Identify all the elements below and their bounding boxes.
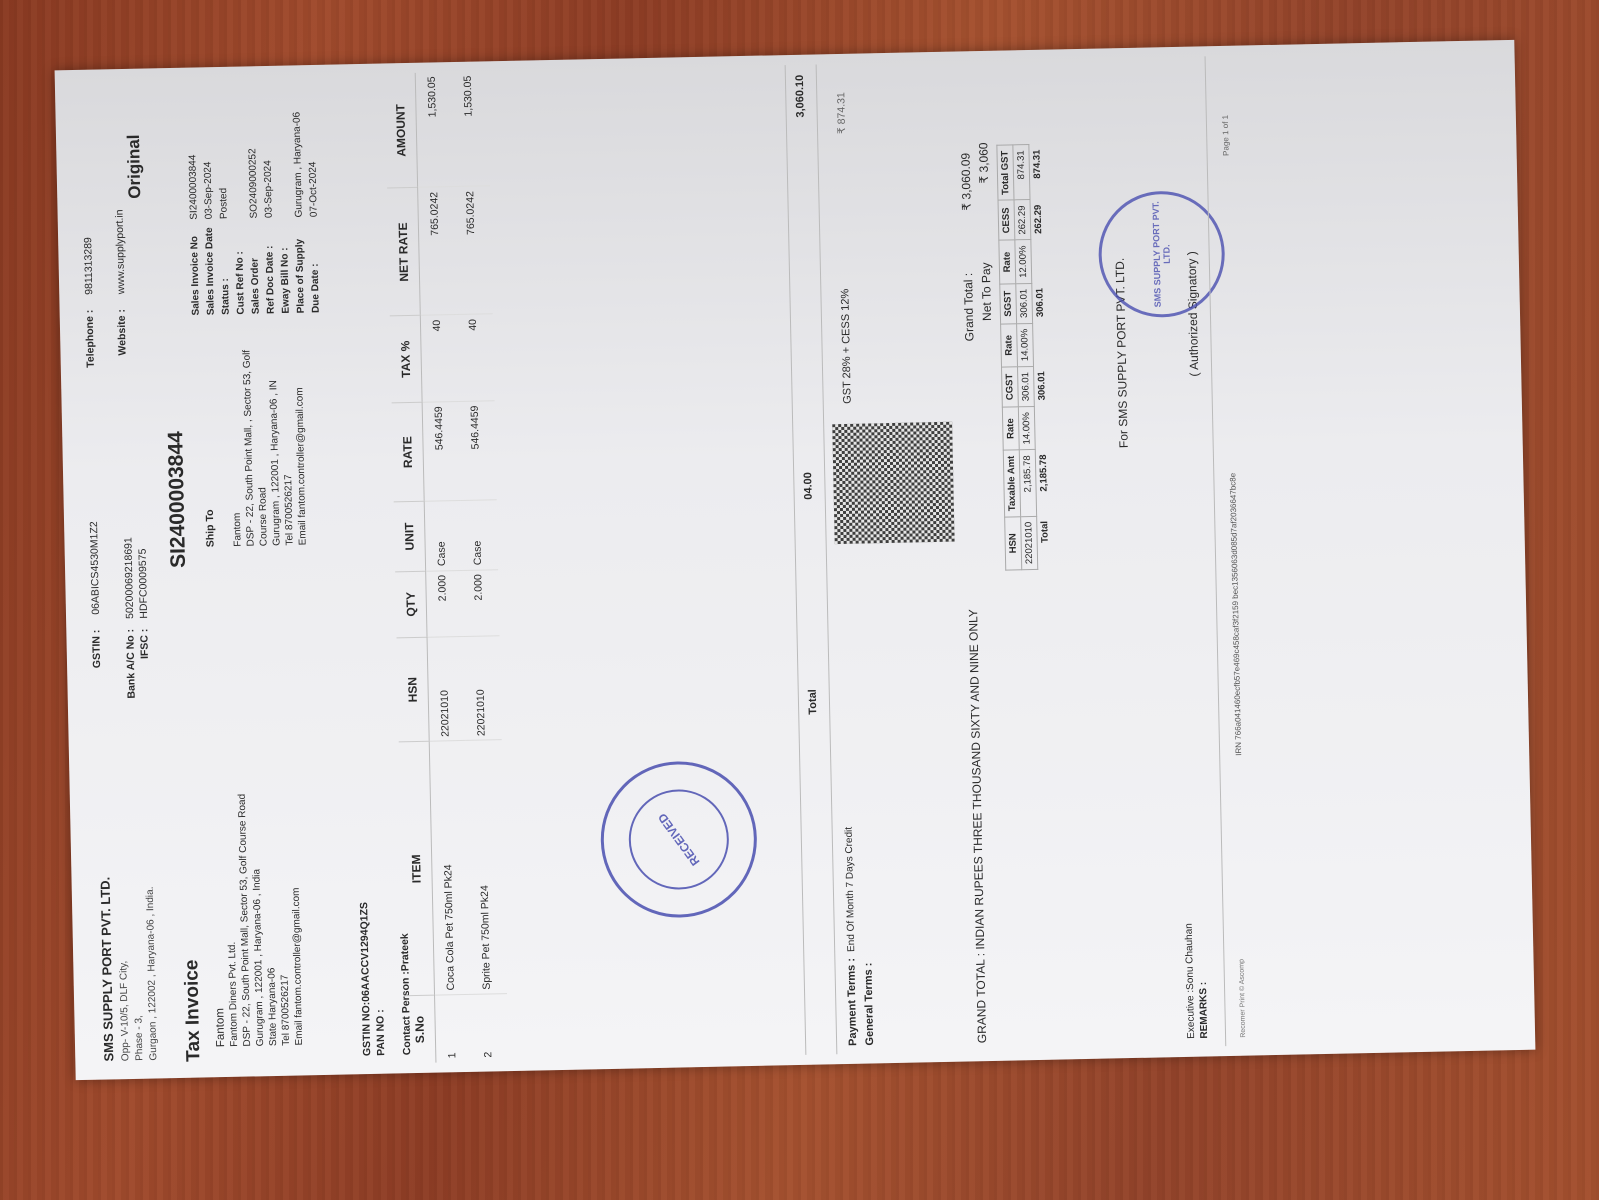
table-cell: Case xyxy=(424,501,462,571)
total-label: Total xyxy=(807,689,820,715)
seller-bank: Bank A/C No :50200069218691 IFSC :HDFC00… xyxy=(120,537,152,739)
seller-address: Opp- V-10/5, DLF City, Phase - 3, Gurgao… xyxy=(116,886,162,1061)
tax-total-cell: 306.01 xyxy=(1033,366,1049,406)
seller-address-line: Gurgaon , 122002 , Haryana-06 , India. xyxy=(144,886,162,1060)
gst-amount-note: ₹ 874.31 xyxy=(835,92,848,134)
general-terms-label: General Terms : xyxy=(862,962,876,1045)
grand-total-label: Grand Total : xyxy=(961,273,976,342)
tax-cell: 874.31 xyxy=(1013,145,1030,200)
meta-value: 07-Oct-2024 xyxy=(305,105,320,217)
meta-value: Posted xyxy=(215,107,230,219)
tax-header: Rate xyxy=(1002,407,1019,451)
payment-terms-value: End Of Month 7 Days Credit xyxy=(844,827,858,952)
executive-block: Executive :Sonu Chauhan REMARKS : xyxy=(1183,923,1211,1039)
tax-header: CGST xyxy=(1002,367,1019,407)
tax-header: CESS xyxy=(998,200,1015,240)
copy-label: Original xyxy=(124,134,145,199)
terms: Payment Terms : End Of Month 7 Days Cred… xyxy=(841,826,879,1046)
total-qty: 04.00 xyxy=(802,472,815,500)
invoice-paper: SMS SUPPLY PORT PVT. LTD. Opp- V-10/5, D… xyxy=(55,40,1536,1080)
items-header: AMOUNT xyxy=(385,73,418,189)
meta-value: Gurugram , Haryana-06 xyxy=(290,106,305,218)
table-cell: 40 xyxy=(420,315,458,402)
ship-to-label: Ship To xyxy=(200,351,217,548)
meta-value: SO2409000252 xyxy=(245,107,260,219)
items-header: NET RATE xyxy=(387,188,420,317)
meta-value xyxy=(275,106,290,218)
tax-cell: 306.01 xyxy=(1016,283,1033,323)
website-value: www.supplyport.in xyxy=(114,209,128,294)
table-cell: 22021010 xyxy=(464,636,502,741)
meta-label: Sales Invoice Date xyxy=(203,221,218,315)
net-to-pay-value: ₹ 3,060 xyxy=(974,142,995,262)
meta-label: Cust Ref No : xyxy=(233,221,248,315)
tax-cell: 262.29 xyxy=(1014,200,1031,240)
tax-header: SGST xyxy=(1000,284,1017,324)
gstin-label: GSTIN : xyxy=(88,629,106,719)
page-number: Page 1 of 1 xyxy=(1221,115,1231,156)
tax-total-cell: 262.29 xyxy=(1030,200,1046,240)
seller-stamp-text: SMS SUPPLY PORT PVT. LTD. xyxy=(1150,194,1173,314)
tax-header: Rate xyxy=(1001,324,1018,368)
meta-label: Sales Order xyxy=(248,220,263,314)
meta-row: Due Date :07-Oct-2024 xyxy=(305,105,322,313)
tax-cell: 14.00% xyxy=(1018,407,1035,451)
remarks-label: REMARKS : xyxy=(1196,923,1211,1039)
website-label: Website : xyxy=(114,309,132,399)
table-cell: 2 xyxy=(471,994,508,1062)
telephone-value: 9811313289 xyxy=(82,237,95,295)
seller-website: Website : www.supplyport.in xyxy=(112,209,132,399)
table-cell: 2.000 xyxy=(426,570,464,637)
qr-code xyxy=(832,422,954,544)
items-header: HSN xyxy=(397,637,430,742)
amount-in-words: GRAND TOTAL : INDIAN RUPEES THREE THOUSA… xyxy=(966,609,989,1043)
tax-total-cell: Total xyxy=(1037,516,1054,570)
tax-header: HSN xyxy=(1005,516,1022,570)
tax-header: Rate xyxy=(999,240,1016,284)
items-header: RATE xyxy=(392,402,425,502)
ifsc-value: HDFC0009575 xyxy=(137,548,150,618)
tax-total-cell xyxy=(1033,323,1049,367)
table-cell: 1,530.05 xyxy=(415,72,454,188)
meta-value: 03-Sep-2024 xyxy=(200,108,215,220)
executive-name: Executive :Sonu Chauhan xyxy=(1183,923,1198,1039)
tax-summary-table: HSNTaxable AmtRateCGSTRateSGSTRateCESSTo… xyxy=(996,144,1053,571)
seller-gstin: GSTIN : 06ABICS4530M1Z2 xyxy=(86,521,106,720)
payment-terms-label: Payment Terms : xyxy=(845,958,859,1046)
table-cell: 765.0242 xyxy=(454,186,493,315)
table-cell: 765.0242 xyxy=(418,187,457,316)
tax-cell: 12.00% xyxy=(1015,240,1032,284)
tax-cell: 2,185.78 xyxy=(1019,450,1036,517)
table-cell: 546.4459 xyxy=(459,401,497,501)
ship-to-line: Email fantom.controller@gmail.com xyxy=(292,349,309,546)
table-cell: 2.000 xyxy=(462,569,499,636)
table-cell: 1,530.05 xyxy=(452,71,490,187)
tax-total-cell xyxy=(1034,406,1050,450)
table-cell: 40 xyxy=(457,314,495,401)
table-cell: 546.4459 xyxy=(422,401,461,501)
gst-note: GST 28% + CESS 12% xyxy=(839,289,853,404)
received-stamp-text: RECEIVED xyxy=(609,770,749,910)
buyer-pan: PAN NO : xyxy=(371,902,388,1056)
bill-to-block: Fantom Fantom Diners Pvt. Ltd. DSP - 22,… xyxy=(210,793,306,1048)
items-header: TAX % xyxy=(390,316,422,403)
document-title: Tax Invoice xyxy=(181,959,205,1062)
grand-total-block: Grand Total :₹ 3,060.09 Net To Pay₹ 3,06… xyxy=(956,142,996,341)
items-header: QTY xyxy=(395,571,427,638)
meta-value: SI2400003844 xyxy=(185,108,200,220)
gstin-value: 06ABICS4530M1Z2 xyxy=(88,521,102,615)
meta-label: Place of Supply xyxy=(293,219,308,313)
meta-label: Status : xyxy=(218,221,233,315)
meta-label: Sales Invoice No xyxy=(188,222,203,316)
table-cell: Sprite Pet 750ml Pk24 xyxy=(466,740,507,994)
tax-cell: 14.00% xyxy=(1017,323,1034,367)
tax-header: Taxable Amt xyxy=(1003,450,1020,517)
meta-label: Due Date : xyxy=(308,219,323,313)
irn: IRN 766a041460ecfb57e469c458caf3f2159 be… xyxy=(1228,473,1243,756)
meta-value xyxy=(230,107,245,219)
seller-telephone: Telephone : 9811313289 xyxy=(80,237,99,400)
seller-stamp: SMS SUPPLY PORT PVT. LTD. xyxy=(1097,190,1226,319)
meta-value: 03-Sep-2024 xyxy=(260,106,275,218)
footer-divider xyxy=(1205,56,1227,1046)
invoice-number: SI2400003844 xyxy=(164,431,191,568)
table-cell: 1 xyxy=(435,995,473,1063)
tax-total-cell: 306.01 xyxy=(1032,283,1048,323)
items-header: UNIT xyxy=(394,501,426,571)
total-amount: 3,060.10 xyxy=(794,75,807,118)
tax-total-cell xyxy=(1031,240,1047,284)
table-cell: Coca Cola Pet 750ml Pk24 xyxy=(429,741,471,995)
ifsc-label: IFSC : xyxy=(138,629,152,739)
meta-label: Ref Doc Date : xyxy=(263,220,278,314)
tax-cell: 22021010 xyxy=(1021,516,1038,570)
tax-total-cell: 2,185.78 xyxy=(1035,449,1052,516)
seller-name: SMS SUPPLY PORT PVT. LTD. xyxy=(97,877,116,1062)
items-header: S.No xyxy=(404,995,436,1063)
tax-cell: 306.01 xyxy=(1018,366,1035,406)
invoice-meta: Sales Invoice NoSI2400003844Sales Invoic… xyxy=(183,103,324,317)
table-cell: 22021010 xyxy=(427,636,466,741)
printed-by: Recomer Print © Ascomp xyxy=(1238,959,1247,1038)
table-cell: Case xyxy=(461,500,498,570)
net-to-pay-label: Net To Pay xyxy=(979,262,994,321)
bank-value: 50200069218691 xyxy=(122,537,136,619)
tax-header: Total GST xyxy=(997,145,1014,200)
items-table: S.NoITEMHSNQTYUNITRATETAX %NET RATEAMOUN… xyxy=(385,65,833,1064)
meta-label: Eway Bill No : xyxy=(278,220,293,314)
ship-to-block: Ship To Fantom DSP - 22, South Point Mal… xyxy=(200,349,309,548)
tax-total-cell: 874.31 xyxy=(1029,144,1046,199)
telephone-label: Telephone : xyxy=(82,310,100,400)
